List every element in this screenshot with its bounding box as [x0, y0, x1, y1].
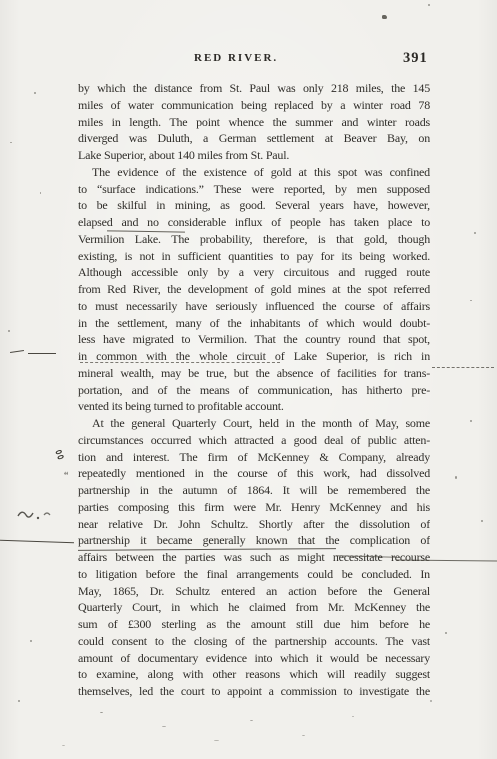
text-line: amount of documentary evidence into whic… — [78, 650, 430, 667]
text-block: by which the distance from St. Paul was … — [78, 80, 430, 700]
speck — [214, 740, 219, 741]
text-line: in common with the whole circuit of Lake… — [78, 348, 430, 365]
book-page: RED RIVER. 391 by which the distance fro… — [0, 0, 497, 759]
text-line: diverged was Duluth, a German settlement… — [78, 130, 430, 147]
speck — [34, 92, 36, 94]
speck — [455, 476, 457, 479]
text-line: circumstances occurred which attracted a… — [78, 432, 430, 449]
text-line: to “surface indications.” These were rep… — [78, 181, 430, 198]
text-line: could consent to the closing of the part… — [78, 633, 430, 650]
right-margin-dashes — [432, 367, 494, 368]
text-line: from Red River, the development of gold … — [78, 281, 430, 298]
text-line: to be skilful in mining, as good. Severa… — [78, 197, 430, 214]
text-line: Quarterly Court, in which he claimed fro… — [78, 599, 430, 616]
speck — [352, 716, 354, 717]
speck — [18, 700, 20, 702]
text-line: Vermilion Lake. The probability, therefo… — [78, 231, 430, 248]
top-right-ink-mark — [382, 15, 387, 19]
speck — [470, 300, 472, 301]
text-line: existing, is not in sufficient quantitie… — [78, 248, 430, 265]
text-line: themselves, led the court to appoint a c… — [78, 683, 430, 700]
speck — [470, 420, 472, 422]
speck — [474, 232, 476, 234]
text-line: vented its being turned to profitable ac… — [78, 398, 430, 415]
paragraph: At the general Quarterly Court, held in … — [78, 415, 430, 700]
speck — [162, 726, 166, 727]
running-head: RED RIVER. — [194, 52, 278, 64]
page-number: 391 — [403, 50, 428, 67]
paragraph: The evidence of the existence of gold at… — [78, 164, 430, 415]
text-line: less have migrated to Vermilion. That th… — [78, 331, 430, 348]
speck — [430, 700, 432, 702]
margin-pen-marks: ⵓ — [55, 449, 66, 461]
strikethrough-artifact — [0, 540, 74, 544]
speck — [8, 330, 10, 332]
text-line: in the settlement, many of the inhabitan… — [78, 315, 430, 332]
speck — [30, 640, 32, 642]
text-line: partnership in the autumn of 1864. It wi… — [78, 482, 430, 499]
speck — [250, 720, 253, 721]
text-line: by which the distance from St. Paul was … — [78, 80, 430, 97]
text-line: Lake Superior, about 140 miles from St. … — [78, 147, 430, 164]
speck — [428, 4, 430, 6]
text-line: affairs between the parties was such as … — [78, 549, 430, 566]
text-line: At the general Quarterly Court, held in … — [78, 415, 430, 432]
text-line: mineral wealth, may be true, but the abs… — [78, 365, 430, 382]
text-line: repeatedly mentioned in the course of th… — [78, 465, 430, 482]
text-line: Although accessible only by a very circu… — [78, 264, 430, 281]
paragraph: by which the distance from St. Paul was … — [78, 80, 430, 164]
text-line: portation, and of the means of communica… — [78, 382, 430, 399]
text-line: The evidence of the existence of gold at… — [78, 164, 430, 181]
speck — [10, 142, 12, 143]
page-header: RED RIVER. 391 — [0, 50, 497, 68]
text-line: miles of water communication being repla… — [78, 97, 430, 114]
text-line: sum of £300 sterling as the amount still… — [78, 616, 430, 633]
text-line: tion and interest. The firm of McKenney … — [78, 449, 430, 466]
ditto-mark: “ — [64, 472, 68, 482]
text-line: to must necessarily have seriously influ… — [78, 298, 430, 315]
text-line: parties composing this firm were Mr. Hen… — [78, 499, 430, 516]
text-line: to litigation before the final arrangeme… — [78, 566, 430, 583]
text-line: partnership it became generally known th… — [78, 532, 430, 549]
margin-dash-mark — [10, 350, 24, 353]
speck — [100, 712, 103, 713]
text-line: near relative Dr. John Schultz. Shortly … — [78, 516, 430, 533]
text-line: to examine, along with other reasons whi… — [78, 666, 430, 683]
speck — [481, 520, 483, 522]
margin-scribble — [16, 506, 62, 522]
speck — [62, 745, 65, 746]
speck — [40, 192, 41, 194]
speck — [445, 632, 447, 634]
margin-dash-mark — [28, 353, 56, 354]
speck — [302, 735, 305, 736]
text-line: May, 1865, Dr. Schultz entered an action… — [78, 583, 430, 600]
text-line: elapsed and no considerable influx of pe… — [78, 214, 430, 231]
text-line: miles in length. The point whence the su… — [78, 114, 430, 131]
